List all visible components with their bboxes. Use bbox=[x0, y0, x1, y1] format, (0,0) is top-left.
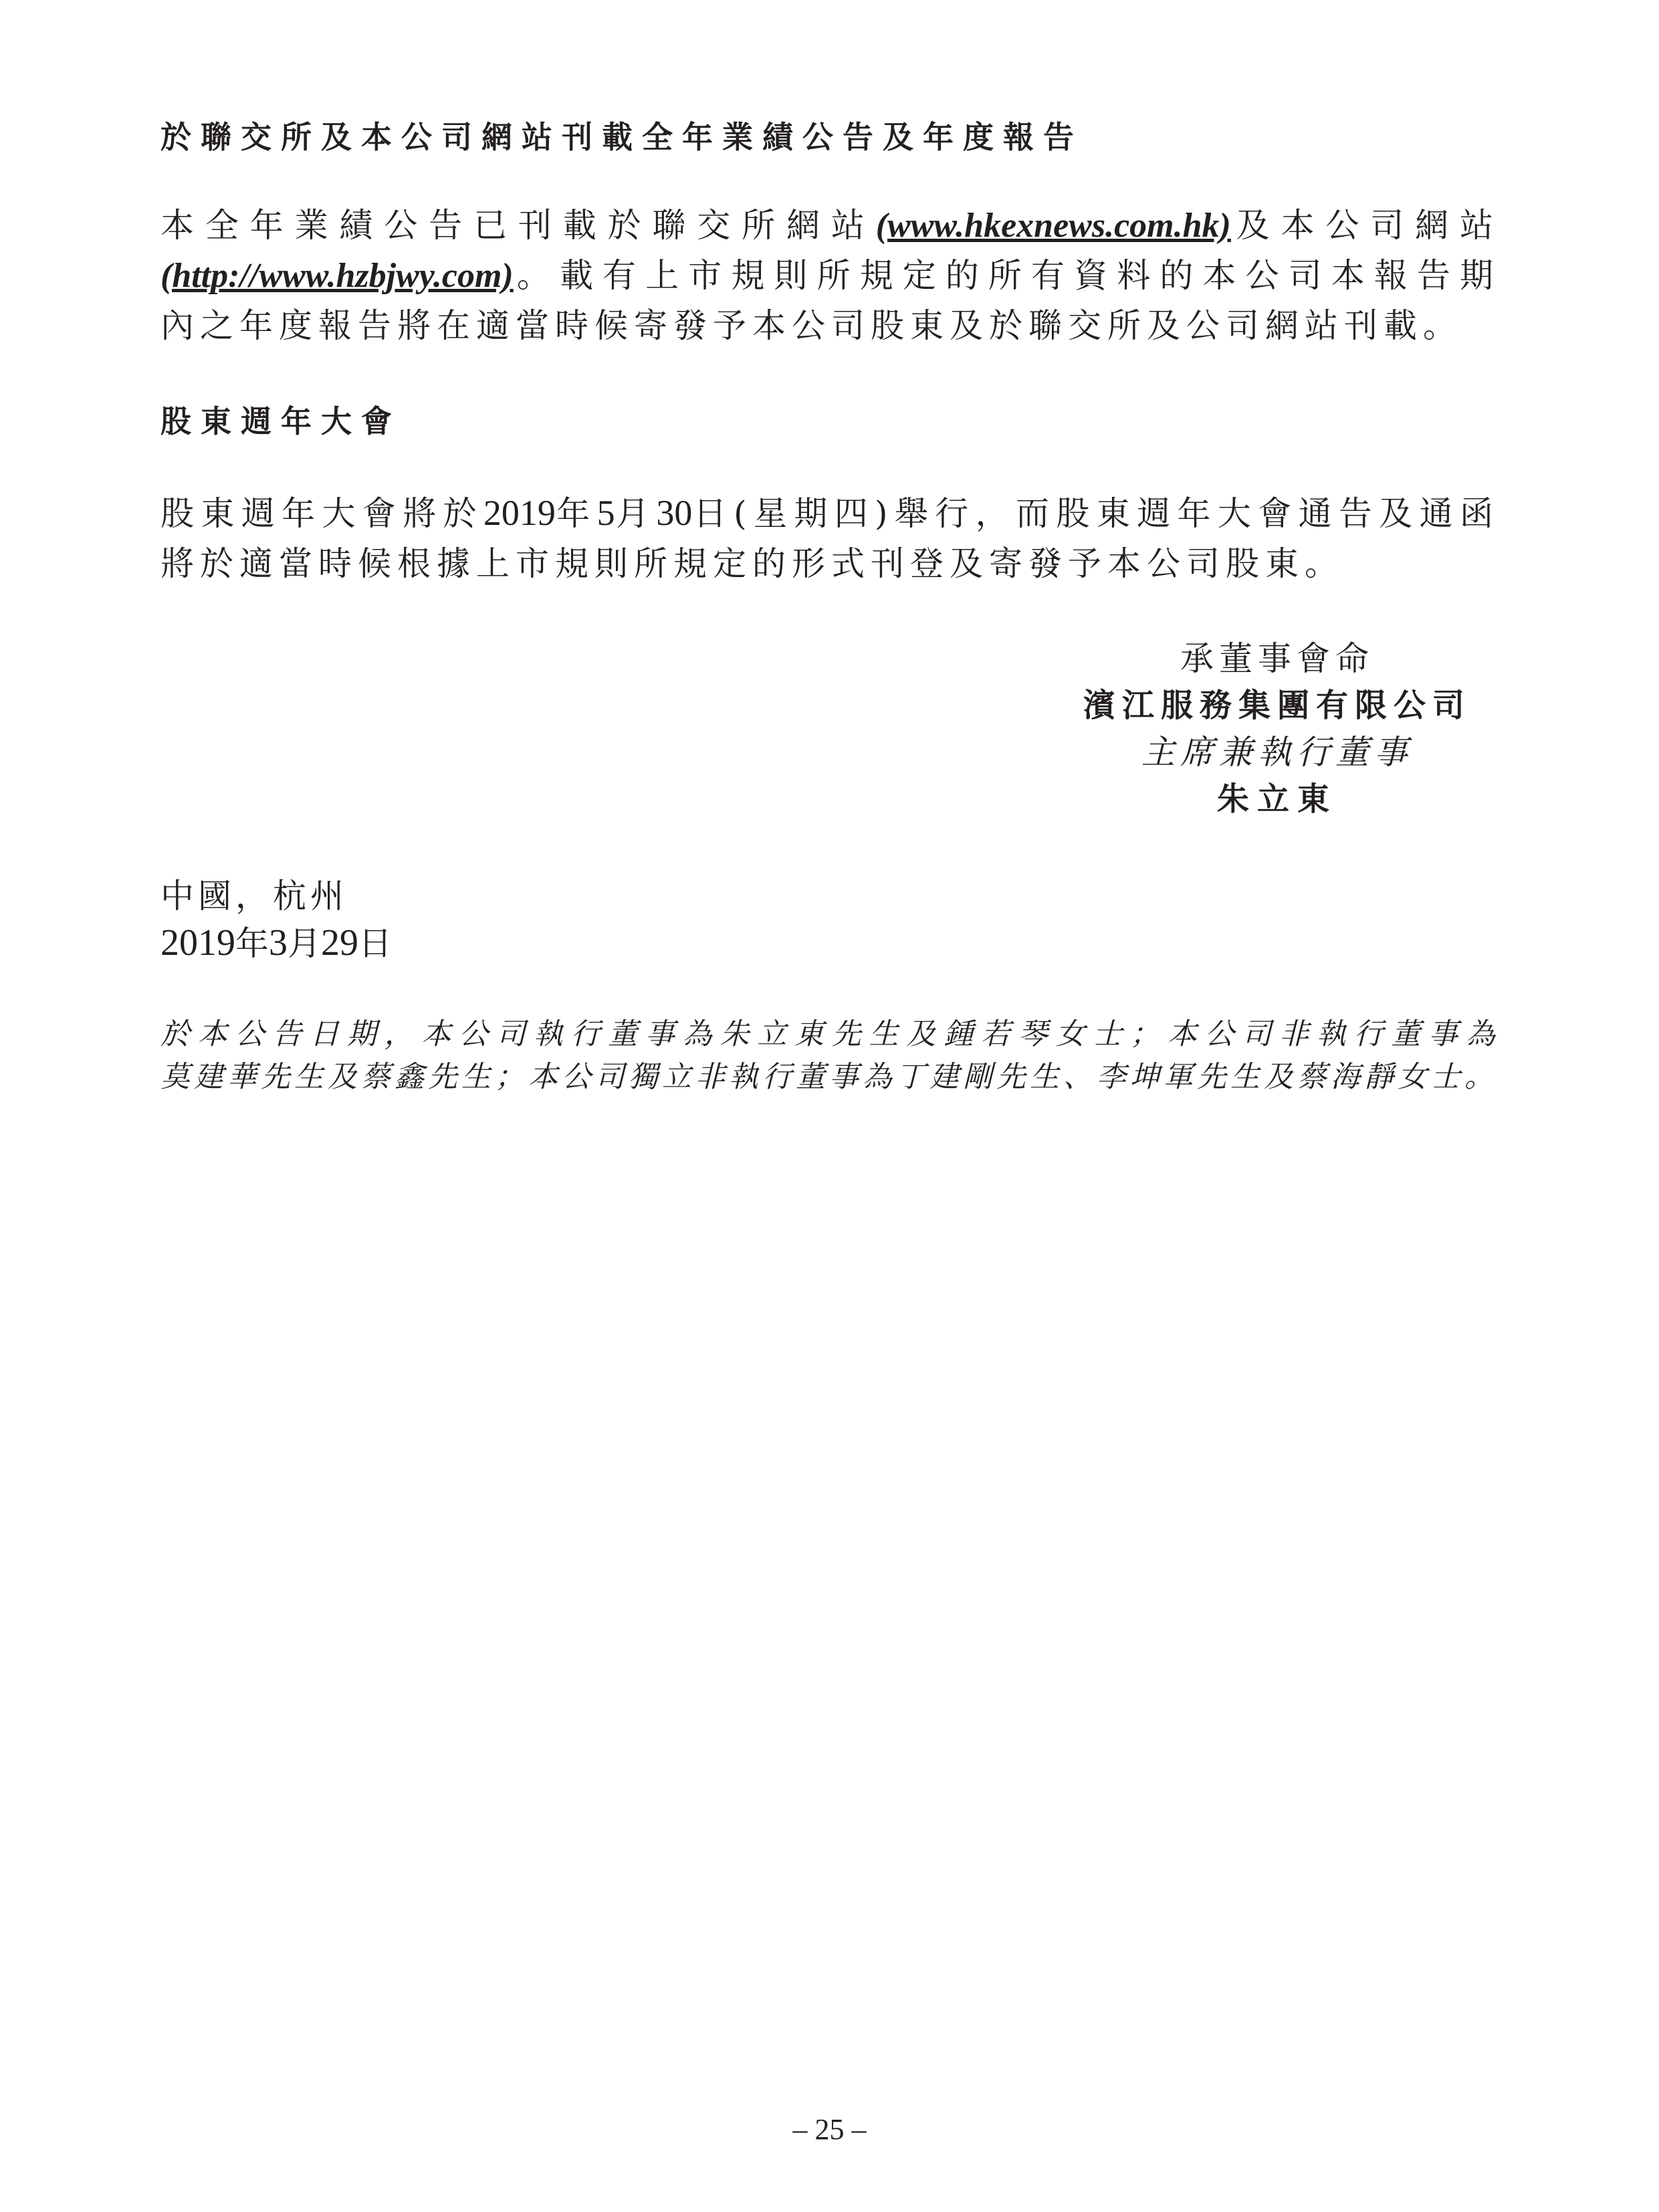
publication-line-1: 本全年業績公告已刊載於聯交所網站(www.hkexnews.com.hk)及本公… bbox=[160, 201, 1499, 251]
date-day: 29 bbox=[321, 922, 358, 964]
agm-paragraph: 股東週年大會將於2019年5月30日(星期四)舉行，而股東週年大會通告及通函 將… bbox=[160, 488, 1499, 589]
text-segment: 年 bbox=[556, 494, 597, 533]
signature-title: 主席兼執行董事 bbox=[1043, 732, 1511, 772]
text-segment: 及本公司網站 bbox=[1231, 206, 1499, 245]
footnote-line-2: 莫建華先生及蔡鑫先生；本公司獨立非執行董事為丁建剛先生、李坤軍先生及蔡海靜女士。 bbox=[160, 1056, 1499, 1099]
date-month: 3 bbox=[269, 922, 288, 964]
agm-line-2: 將於適當時候根據上市規則所規定的形式刊登及寄發予本公司股東。 bbox=[160, 539, 1499, 589]
text-segment: 月 bbox=[288, 924, 321, 963]
text-segment: 月 bbox=[615, 494, 657, 533]
signature-company: 濱江服務集團有限公司 bbox=[1043, 685, 1511, 726]
agm-month: 5 bbox=[597, 493, 615, 533]
text-segment: 股東週年大會將於 bbox=[160, 494, 483, 533]
signature-name: 朱立東 bbox=[1043, 779, 1511, 819]
text-segment: 日(星期四)舉行，而股東週年大會通告及通函 bbox=[692, 494, 1499, 533]
directors-footnote: 於本公告日期，本公司執行董事為朱立東先生及鍾若琴女士；本公司非執行董事為 莫建華… bbox=[160, 1013, 1499, 1099]
publication-paragraph: 本全年業績公告已刊載於聯交所網站(www.hkexnews.com.hk)及本公… bbox=[160, 201, 1499, 351]
hkex-website-link[interactable]: (www.hkexnews.com.hk) bbox=[876, 207, 1231, 245]
announcement-date: 2019年3月29日 bbox=[160, 923, 392, 964]
publication-line-3: 內之年度報告將在適當時候寄發予本公司股東及於聯交所及公司網站刊載。 bbox=[160, 301, 1499, 351]
page-number: – 25 – bbox=[0, 2113, 1659, 2146]
agm-section-heading: 股東週年大會 bbox=[160, 401, 401, 441]
signature-by-order: 承董事會命 bbox=[1043, 639, 1511, 679]
agm-year: 2019 bbox=[483, 493, 556, 533]
agm-line-1: 股東週年大會將於2019年5月30日(星期四)舉行，而股東週年大會通告及通函 bbox=[160, 488, 1499, 539]
place: 中國，杭州 bbox=[160, 876, 348, 916]
footnote-line-1: 於本公告日期，本公司執行董事為朱立東先生及鍾若琴女士；本公司非執行董事為 bbox=[160, 1013, 1499, 1056]
publication-section-heading: 於聯交所及本公司網站刊載全年業績公告及年度報告 bbox=[160, 117, 1083, 157]
text-segment: 年 bbox=[235, 924, 269, 963]
text-segment: 。載有上市規則所規定的所有資料的本公司本報告期 bbox=[514, 256, 1499, 295]
document-page: 於聯交所及本公司網站刊載全年業績公告及年度報告 本全年業績公告已刊載於聯交所網站… bbox=[0, 0, 1659, 2212]
company-website-link[interactable]: (http://www.hzbjwy.com) bbox=[160, 257, 514, 295]
text-segment: 日 bbox=[358, 924, 392, 963]
agm-day: 30 bbox=[656, 493, 692, 533]
publication-line-2: (http://www.hzbjwy.com)。載有上市規則所規定的所有資料的本… bbox=[160, 251, 1499, 301]
text-segment: 本全年業績公告已刊載於聯交所網站 bbox=[160, 206, 876, 245]
date-year: 2019 bbox=[160, 922, 235, 964]
